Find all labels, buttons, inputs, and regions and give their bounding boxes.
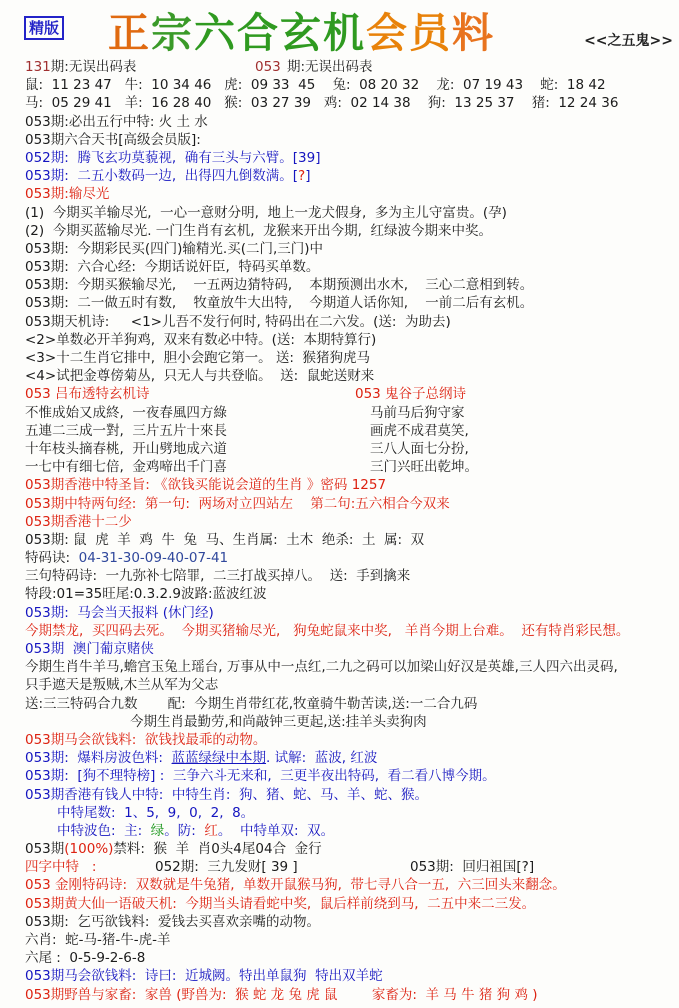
text-line: 马: 05 29 41 羊: 16 28 40 猴: 03 27 39 鸡: 0… xyxy=(25,94,677,112)
text-segment: 052期: 三九发财[ 39 ] xyxy=(155,858,298,876)
text-segment: 画虎不成君莫笑, xyxy=(370,422,469,440)
text-segment: 053期中特两句经: 第一句: 两场对立四站左 第二句:五六相合今双来 xyxy=(25,496,450,512)
text-line: 053期: 乞丐欲钱料: 爱钱去买喜欢亲嘴的动物。 xyxy=(25,913,677,931)
title-char: 机 xyxy=(323,9,366,57)
text-line: 四字中特 :052期: 三九发财[ 39 ]053期: 回归祖国[?] xyxy=(25,858,677,876)
text-segment: 四字中特 : xyxy=(25,859,96,875)
text-segment: 053期六合天书[高级会员版]: xyxy=(25,132,201,148)
text-segment: 053期: 鼠 虎 羊 鸡 牛 兔 马、生肖属: 土木 绝杀: 土 属: 双 xyxy=(25,532,424,548)
text-segment: (1) 今期买羊输尽光, 一心一意财分明, 地上一龙犬假身, 多为主儿守富贵。(… xyxy=(25,205,507,221)
text-segment: 三句特码诗: 一九弥补七陪罪, 二三打战买掉八。 送: 手到擒来 xyxy=(25,568,410,584)
text-line: 特码诀: 04-31-30-09-40-07-41 xyxy=(25,549,677,567)
text-segment: 双。 xyxy=(307,823,334,839)
text-line: 不惟成始又成終, 一夜春風四方綠马前马后狗守家 xyxy=(25,404,677,422)
title-char: 六 xyxy=(194,9,237,57)
text-line: 053期: 今期买猴输尽光, 一五两边猜特码, 本期预测出水木, 三心二意相到转… xyxy=(25,276,677,294)
text-line: 053期马会欲钱料: 诗曰: 近城阙。特出单鼠狗 特出双羊蛇 xyxy=(25,967,677,985)
text-line: 053期: 今期彩民买(四门)输精光.买(二门,三门)中 xyxy=(25,240,677,258)
title-char: 宗 xyxy=(151,9,194,57)
text-segment: 中特波色: 主: xyxy=(57,823,151,839)
text-segment: 053期香港有钱人中特: 中特生肖: 狗、猪、蛇、马、羊、蛇、猴。 xyxy=(25,787,428,803)
text-segment: 只手遮天是叛贼,木兰从军为父志 xyxy=(25,677,218,693)
text-line: 053期:必出五行中特: 火 土 水 xyxy=(25,113,677,131)
text-line: 053期香港十二少 xyxy=(25,513,677,531)
text-line: 一七中有细七倍, 金鸡啼出千门喜三门兴旺出乾坤。 xyxy=(25,458,677,476)
text-segment: 期:无误出码表 xyxy=(287,58,373,76)
text-segment: 十年枝头摘春桃, 开山劈地成六道 xyxy=(25,441,227,457)
text-line: <4>试把金尊傍菊丛, 只无人与共登临。 送: 鼠蛇送财来 xyxy=(25,367,677,385)
title-char: 正 xyxy=(108,9,151,57)
text-segment: 特码诀: xyxy=(25,550,79,566)
text-line: 131期:无误出码表053期:无误出码表 xyxy=(25,58,677,76)
text-segment: 053期 澳门葡京赌侠 xyxy=(25,641,154,657)
page-header: 精版 正宗六合玄机会员料 <<之五鬼>> xyxy=(0,0,679,58)
text-line: 053期香港中特圣旨: 《欲钱买能说会道的生肖 》密码 1257 xyxy=(25,476,677,494)
text-segment: 一七中有细七倍, 金鸡啼出千门喜 xyxy=(25,459,227,475)
text-line: 六肖: 蛇-马-猪-牛-虎-羊 xyxy=(25,931,677,949)
text-line: 053期: 爆料房波色料: 蓝蓝绿绿中本期. 试解: 蓝波, 红波 xyxy=(25,749,677,767)
text-line: 053期天机诗: <1>儿吾不发行何时, 特码出在二六发。(送: 为助去) xyxy=(25,313,677,331)
text-segment: 禁料: 猴 羊 肖0头4尾04合 金行 xyxy=(113,841,321,857)
text-line: 053期: [狗不理特榜] : 三争六斗无来和, 三更半夜出特码, 看二看八博今… xyxy=(25,767,677,785)
text-line: 053期: 二一做五时有数, 牧童放牛大出特, 今期道人话你知, 一前二后有玄机… xyxy=(25,294,677,312)
text-segment: 今期生肖牛羊马,蟾宫玉兔上瑶台, 万事从中一点红,二九之码可以加梁山好汉是英雄,… xyxy=(25,659,618,675)
text-segment: <3>十二生肖它排中, 胆小会跑它第一。 送: 猴猪狗虎马 xyxy=(25,350,370,366)
text-segment: 送:三三特码合九数 配: 今期生肖带红花,牧童骑牛勒苦读,送:一二合九码 xyxy=(25,696,477,712)
title-char: 员 xyxy=(409,9,452,57)
text-segment: 053期香港十二少 xyxy=(25,514,132,530)
text-segment: (2) 今期买蓝输尽光. 一门生肖有玄机, 龙猴来开出今期, 红绿波今期来中奖。 xyxy=(25,223,492,239)
text-segment: 今期禁龙, 买四码去死。 今期买猪输尽光, 狗兔蛇鼠来中奖, 羊肖今期上台难。 … xyxy=(25,623,629,639)
title-char: 合 xyxy=(237,9,280,57)
text-segment: 053期黄大仙一语破天机: 今期当头请看蛇中奖, 鼠后样前绕到马, 二五中来二三… xyxy=(25,896,535,912)
text-line: 053期: 六合心经: 今期话说奸臣, 特码买单数。 xyxy=(25,258,677,276)
text-segment: 053期: 回归祖国[?] xyxy=(410,858,534,876)
text-line: 三句特码诗: 一九弥补七陪罪, 二三打战买掉八。 送: 手到擒来 xyxy=(25,567,677,585)
text-line: 鼠: 11 23 47 牛: 10 34 46 虎: 09 33 45 兔: 0… xyxy=(25,76,677,94)
text-segment: 053期: 马会当天报料 (休门经) xyxy=(25,605,214,621)
text-segment: 马前马后狗守家 xyxy=(370,404,465,422)
text-segment: 053 吕布透特玄机诗 xyxy=(25,386,150,402)
text-segment: 六肖: 蛇-马-猪-牛-虎-羊 xyxy=(25,932,171,948)
text-segment: 131 xyxy=(25,59,51,75)
text-segment: 053期: 爆料房波色料: xyxy=(25,750,172,766)
text-segment: 053期: [狗不理特榜] : 三争六斗无来和, 三更半夜出特码, 看二看八博今… xyxy=(25,768,496,784)
text-segment: 053期: 今期买猴输尽光, 一五两边猜特码, 本期预测出水木, 三心二意相到转… xyxy=(25,277,533,293)
page-title: 正宗六合玄机会员料 xyxy=(108,0,495,59)
tip-sheet-page: 精版 正宗六合玄机会员料 <<之五鬼>> 131期:无误出码表053期:无误出码… xyxy=(0,0,679,1008)
edition-badge: 精版 xyxy=(24,16,64,40)
text-line: 053 金刚特码诗: 双数就是牛兔猪, 单数开鼠猴马狗, 带七寻八合一五, 六三… xyxy=(25,876,677,894)
text-segment: 053期 xyxy=(25,841,64,857)
text-line: 053期:输尽光 xyxy=(25,185,677,203)
text-line: 053期: 鼠 虎 羊 鸡 牛 兔 马、生肖属: 土木 绝杀: 土 属: 双 xyxy=(25,531,677,549)
text-line: 053期野兽与家畜: 家兽 (野兽为: 猴 蛇 龙 兔 虎 鼠 家畜为: 羊 马… xyxy=(25,986,677,1004)
title-char: 料 xyxy=(452,9,495,57)
text-line: 送:三三特码合九数 配: 今期生肖带红花,牧童骑牛勒苦读,送:一二合九码 xyxy=(25,695,677,713)
text-segment: 053期香港中特圣旨: 《欲钱买能说会道的生肖 》密码 1257 xyxy=(25,477,386,493)
text-segment: (100%) xyxy=(64,841,113,857)
text-line: 053期(100%)禁料: 猴 羊 肖0头4尾04合 金行 xyxy=(25,840,677,858)
text-line: 中特尾数: 1、5, 9, 0, 2, 8。 xyxy=(25,804,677,822)
text-segment: 053期:必出五行中特: 火 土 水 xyxy=(25,114,208,130)
text-segment: 。 中特单双: xyxy=(218,823,307,839)
text-segment: 053期: 二一做五时有数, 牧童放牛大出特, 今期道人话你知, 一前二后有玄机… xyxy=(25,295,533,311)
text-line: 053期马会欲钱料: 欲钱找最乖的动物。 xyxy=(25,731,677,749)
text-line: 十年枝头摘春桃, 开山劈地成六道三八人面七分扮, xyxy=(25,440,677,458)
text-segment: 红 xyxy=(204,823,218,839)
text-line: 053期六合天书[高级会员版]: xyxy=(25,131,677,149)
text-segment: 053 xyxy=(255,58,281,76)
text-segment: <2>单数必开羊狗鸡, 双来有数必中特。(送: 本期特算行) xyxy=(25,332,376,348)
text-line: 今期生肖最勤劳,和尚敲钟三更起,送:挂羊头卖狗肉 xyxy=(25,713,677,731)
text-segment: 今期生肖最勤劳,和尚敲钟三更起,送:挂羊头卖狗肉 xyxy=(130,714,427,730)
text-segment: 鼠: 11 23 47 牛: 10 34 46 虎: 09 33 45 兔: 0… xyxy=(25,77,606,93)
text-segment: 蓝蓝绿绿中本期 xyxy=(172,750,267,766)
text-line: 今期生肖牛羊马,蟾宫玉兔上瑶台, 万事从中一点红,二九之码可以加梁山好汉是英雄,… xyxy=(25,658,677,676)
text-segment: 不惟成始又成終, 一夜春風四方綠 xyxy=(25,405,227,421)
text-line: 五連二三成一對, 三片五片十來長画虎不成君莫笑, xyxy=(25,422,677,440)
text-line: 053期: 二五小数码一边, 出得四九倒数满。[?] xyxy=(25,167,677,185)
text-segment: 052期: 腾飞玄功莫藐视, 确有三头与六臂。[39] xyxy=(25,150,320,166)
text-line: <2>单数必开羊狗鸡, 双来有数必中特。(送: 本期特算行) xyxy=(25,331,677,349)
text-segment: 053期马会欲钱料: 欲钱找最乖的动物。 xyxy=(25,732,266,748)
text-segment: 五連二三成一對, 三片五片十來長 xyxy=(25,423,227,439)
text-segment: 马: 05 29 41 羊: 16 28 40 猴: 03 27 39 鸡: 0… xyxy=(25,95,618,111)
text-segment: 053 鬼谷子总纲诗 xyxy=(355,385,466,403)
text-segment: <4>试把金尊傍菊丛, 只无人与共登临。 送: 鼠蛇送财来 xyxy=(25,368,374,384)
text-line: (2) 今期买蓝输尽光. 一门生肖有玄机, 龙猴来开出今期, 红绿波今期来中奖。 xyxy=(25,222,677,240)
text-line: 053期 澳门葡京赌侠 xyxy=(25,640,677,658)
text-segment: 三门兴旺出乾坤。 xyxy=(370,458,478,476)
subtitle-label: <<之五鬼>> xyxy=(584,30,673,50)
text-segment: 中特尾数: 1、5, 9, 0, 2, 8。 xyxy=(57,805,254,821)
text-line: (1) 今期买羊输尽光, 一心一意财分明, 地上一龙犬假身, 多为主儿守富贵。(… xyxy=(25,204,677,222)
text-segment: 053 金刚特码诗: 双数就是牛兔猪, 单数开鼠猴马狗, 带七寻八合一五, 六三… xyxy=(25,877,566,893)
text-line: 特段:01=35旺尾:0.3.2.9波路:蓝波红波 xyxy=(25,585,677,603)
content: 131期:无误出码表053期:无误出码表鼠: 11 23 47 牛: 10 34… xyxy=(0,58,679,1004)
text-segment: 053期: 六合心经: 今期话说奸臣, 特码买单数。 xyxy=(25,259,319,275)
text-segment: 053期: 今期彩民买(四门)输精光.买(二门,三门)中 xyxy=(25,241,323,257)
text-line: 052期: 腾飞玄功莫藐视, 确有三头与六臂。[39] xyxy=(25,149,677,167)
text-segment: 期:无误出码表 xyxy=(51,59,137,75)
text-segment: 特段:01=35旺尾:0.3.2.9波路:蓝波红波 xyxy=(25,586,267,602)
text-line: 六尾 : 0-5-9-2-6-8 xyxy=(25,949,677,967)
text-segment: 053期天机诗: <1>儿吾不发行何时, 特码出在二六发。(送: 为助去) xyxy=(25,314,451,330)
text-line: 053期中特两句经: 第一句: 两场对立四站左 第二句:五六相合今双来 xyxy=(25,495,677,513)
text-line: <3>十二生肖它排中, 胆小会跑它第一。 送: 猴猪狗虎马 xyxy=(25,349,677,367)
text-segment: . 试解: 蓝波, 红波 xyxy=(266,750,377,766)
text-segment: 。防: xyxy=(164,823,204,839)
text-segment: 053期: 二五小数码一边, 出得四九倒数满。[ xyxy=(25,168,298,184)
text-line: 053期: 马会当天报料 (休门经) xyxy=(25,604,677,622)
title-char: 会 xyxy=(366,9,409,57)
text-line: 053期黄大仙一语破天机: 今期当头请看蛇中奖, 鼠后样前绕到马, 二五中来二三… xyxy=(25,895,677,913)
text-line: 中特波色: 主: 绿。防: 红。 中特单双: 双。 xyxy=(25,822,677,840)
text-segment: 053期马会欲钱料: 诗曰: 近城阙。特出单鼠狗 特出双羊蛇 xyxy=(25,968,383,984)
text-segment: ] xyxy=(305,168,310,184)
text-segment: 04-31-30-09-40-07-41 xyxy=(79,550,228,566)
text-segment: 053期:输尽光 xyxy=(25,186,109,202)
text-line: 053 吕布透特玄机诗053 鬼谷子总纲诗 xyxy=(25,385,677,403)
text-line: 053期香港有钱人中特: 中特生肖: 狗、猪、蛇、马、羊、蛇、猴。 xyxy=(25,786,677,804)
text-segment: 绿 xyxy=(151,823,165,839)
text-segment: 三八人面七分扮, xyxy=(370,440,469,458)
text-segment: 六尾 : 0-5-9-2-6-8 xyxy=(25,950,145,966)
text-segment: 053期野兽与家畜: 家兽 (野兽为: 猴 蛇 龙 兔 虎 鼠 家畜为: 羊 马… xyxy=(25,987,538,1003)
text-line: 今期禁龙, 买四码去死。 今期买猪输尽光, 狗兔蛇鼠来中奖, 羊肖今期上台难。 … xyxy=(25,622,677,640)
text-segment: 053期: 乞丐欲钱料: 爱钱去买喜欢亲嘴的动物。 xyxy=(25,914,320,930)
title-char: 玄 xyxy=(280,9,323,57)
text-line: 只手遮天是叛贼,木兰从军为父志 xyxy=(25,676,677,694)
